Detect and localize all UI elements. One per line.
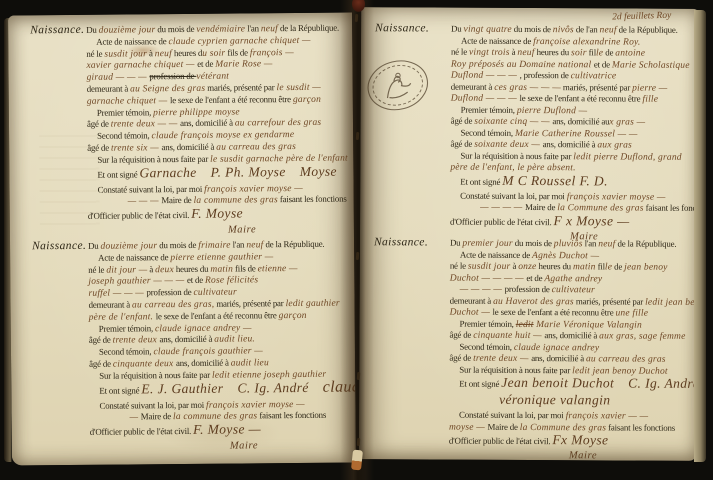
handwritten-entry: ledit pierre Duflond, grand [573, 152, 682, 163]
printed-form-text: d'Officier public de l'état civil. [449, 436, 553, 447]
printed-form-text: né le [88, 264, 106, 274]
printed-form-text: Sur la réquisition à nous faite par [99, 370, 212, 381]
record-line: né le susdit jour à onze heures du matin… [450, 259, 696, 272]
printed-form-text: de la République. [615, 238, 676, 248]
printed-form-text: âgé de [87, 143, 111, 153]
signature-title: Maire [228, 225, 256, 236]
printed-form-text: fils de [225, 47, 250, 57]
printed-form-text: Du [450, 238, 463, 248]
printed-form-text: Maire de [525, 202, 557, 212]
signature: F. Moyse — [193, 421, 261, 437]
record-line: d'Officier public de l'état civil. Fx Mo… [449, 431, 695, 449]
printed-form-text: de [612, 261, 624, 271]
printed-form-text: et de [197, 59, 215, 69]
printed-form-text: ans, domicilié à [544, 330, 599, 340]
printed-form-text: de la République. [617, 24, 678, 34]
printed-form-text: l'an [583, 238, 599, 248]
record-line: Et ont signé GarnacheP. Ph. MoyseMoyse [87, 162, 351, 182]
signature: claude françois gauthier [323, 377, 356, 395]
printed-form-text: l'an [245, 23, 261, 33]
printed-form-text: d'Officier public de l'état civil. [88, 210, 192, 221]
handwritten-entry: garçon [279, 311, 307, 321]
record-line: né le vingt trois à neuf heures du soir … [451, 45, 697, 58]
left-page: Naissance. Du douzième jour du mois de v… [8, 13, 356, 466]
printed-form-text: mariés, présenté par [205, 82, 276, 93]
printed-form-text: demeurant à [89, 299, 133, 309]
printed-form-text: Du [86, 25, 99, 35]
record-body: Du premier jour du mois de pluviôs l'an … [449, 236, 696, 461]
printed-form-text: âgé de [449, 353, 473, 363]
printed-form-text: ans, domicilié à [543, 139, 598, 149]
printed-form-text: âgé de [87, 119, 111, 129]
printed-form-text: le sexe de l'enfant a été reconnu être [519, 93, 642, 104]
printed-form-text: Acte de naissance de [96, 36, 168, 47]
handwritten-entry: garçon [293, 95, 321, 105]
printed-form-text: Du [451, 24, 464, 34]
printed-form-text: faisant les fonctions [278, 194, 347, 205]
signature: C. Ig. André [237, 379, 308, 395]
printed-form-text: de la République. [278, 23, 339, 34]
record-line: Acte de naissance de claude cyprien garn… [86, 32, 350, 46]
record-line: garnache chiquet — le sexe de l'enfant a… [87, 91, 351, 105]
printed-form-text: à [147, 264, 155, 274]
printed-form-text: âgé de [450, 139, 474, 149]
printed-form-text: né le [450, 261, 468, 271]
signature: Jean benoit Duchot [501, 375, 614, 391]
record-line: Et ont signé E. J. GauthierC. Ig. Andréc… [89, 378, 353, 398]
printed-form-text: Constaté suivant la loi, par moi [459, 410, 566, 421]
record-line: véronique valangin [449, 391, 695, 409]
signature: P. Ph. Moyse [211, 164, 286, 180]
record-line: d'Officier public de l'état civil. F. Mo… [90, 420, 354, 440]
printed-form-text: du mois de [155, 24, 196, 34]
record-line: âgé de cinquante huit — ans, domicilié à… [449, 328, 695, 341]
folio-annotation: 2d feuillets Roy [612, 11, 671, 23]
record-body: Du douzième jour du mois de frimaire l'a… [88, 237, 354, 452]
printed-form-text: le sexe de l'enfant a été reconnu être [493, 307, 616, 318]
signature: Garnache [139, 164, 196, 179]
printed-form-text: du mois de [157, 240, 198, 250]
printed-form-text: fil [587, 47, 596, 57]
record-line: demeurant à au carreau des gras, mariés,… [89, 295, 353, 309]
printed-form-text: fils de [233, 263, 258, 273]
oval-stamp-icon [365, 55, 431, 115]
printed-form-text: heures du [536, 261, 573, 271]
printed-form-text: Et ont signé [460, 176, 502, 186]
signature: F x Moyse — [554, 213, 630, 228]
handwritten-entry: neuf [598, 239, 615, 249]
signature: Fx Moyse [552, 432, 608, 447]
printed-form-text: de l'an [574, 24, 600, 34]
binding-thread-icon [351, 450, 363, 471]
printed-form-text: heures du [174, 263, 211, 273]
signature: E. J. Gauthier [141, 380, 223, 396]
record-line: — — — — profession de cultivateur [450, 282, 696, 295]
record-margin-label: Naissance. [30, 24, 84, 36]
printed-form-text: âgé de [89, 359, 113, 369]
printed-form-text: du mois de [513, 238, 554, 248]
printed-form-text: Maire de [141, 411, 173, 421]
printed-form-text: né le [451, 47, 469, 57]
printed-form-text: d'Officier public de l'état civil. [90, 426, 194, 437]
printed-form-text: Sur la réquisition à nous faite par [97, 154, 210, 165]
binding-stitch-icon [356, 132, 360, 140]
printed-form-text: , profession de [520, 70, 571, 80]
record-line: Maire [449, 448, 695, 461]
printed-form-text: Et ont signé [459, 379, 501, 389]
binding-stitch-icon [357, 438, 361, 446]
record-line: âgé de soixante cinq — — ans, domicilié … [451, 114, 697, 127]
signature: F. Moyse [191, 206, 243, 221]
birth-record-left-2: Naissance. Du douzième jour du mois de f… [10, 236, 354, 239]
printed-form-text: né le [86, 48, 104, 58]
printed-form-text: de [603, 47, 615, 57]
record-margin-label: Naissance. [374, 236, 428, 248]
right-page: 2d feuillets Roy Naissance. Du vingt qua… [359, 7, 699, 461]
binding-stitch-icon [357, 372, 361, 380]
printed-form-text: Et ont signé [97, 169, 139, 179]
printed-form-text: Du [88, 241, 101, 251]
printed-form-text: mariés, présenté par [214, 298, 285, 309]
record-line: Maire [88, 222, 352, 236]
record-line: Maire [90, 438, 354, 452]
handwritten-entry: etienne — [258, 264, 298, 274]
record-line: Constaté suivant la loi, par moi françoi… [449, 408, 695, 421]
printed-form-text: et de [187, 275, 205, 285]
record-margin-label: Naissance. [32, 240, 86, 252]
birth-record-left-1: Naissance. Du douzième jour du mois de v… [8, 21, 352, 24]
printed-form-text: Et ont signé [99, 385, 141, 395]
record-margin-label: Naissance. [375, 22, 429, 34]
printed-form-text: heures d [172, 47, 202, 57]
printed-form-text: Maire de [161, 195, 193, 205]
printed-form-text: l'an [231, 239, 247, 249]
signature: M C Roussel F. D. [502, 172, 608, 188]
handwritten-entry: ledit jean benoy [645, 297, 699, 307]
signature: C. Ig. André [628, 376, 699, 391]
handwritten-entry: aux gras, sage femme [599, 331, 685, 341]
record-line: Du douzième jour du mois de frimaire l'a… [88, 237, 352, 251]
signature-title: Maire [569, 450, 597, 461]
record-line: Et ont signé Jean benoit DuchotC. Ig. An… [449, 374, 695, 392]
printed-form-text-struck: profession de [149, 71, 196, 81]
binding-stitch-icon [355, 14, 359, 22]
register-book-photo: Naissance. Du douzième jour du mois de v… [0, 0, 713, 480]
printed-form-text: le sexe de l'enfant a été reconnu être [170, 94, 293, 105]
printed-form-text: faisant les fonctions [257, 410, 326, 421]
printed-form-text: ans, domicilié à [176, 358, 231, 368]
printed-form-text: profession de [505, 284, 552, 294]
signature: véronique valangin [499, 392, 610, 408]
signature: Moyse [300, 163, 337, 178]
printed-form-text: fil [596, 261, 605, 271]
record-line: âgé de trente deux — ans, domicilié à au… [449, 351, 695, 364]
record-line: Du vingt quatre du mois de nivôs de l'an… [451, 22, 697, 35]
printed-form-text: Acte de naissance de [98, 252, 170, 263]
record-body: Du douzième jour du mois de vendémiaire … [86, 21, 352, 236]
printed-form-text: de la République. [263, 239, 324, 250]
record-line: — — — — Maire de la Commune des gras fai… [450, 200, 696, 213]
record-line: âgé de soixante deux — ans, domicilié à … [450, 137, 696, 150]
printed-form-text: le sexe de l'enfant a été reconnu être [156, 310, 279, 321]
record-line: d'Officier public de l'état civil. F x M… [450, 211, 696, 229]
binding-stitch-icon [356, 252, 360, 260]
record-line: Et ont signé M C Roussel F. D. [450, 171, 696, 189]
printed-form-text: ans, domicilié à [531, 353, 586, 363]
printed-form-text: ans, domicilié à [161, 142, 216, 152]
printed-form-text: âgé de [449, 330, 473, 340]
printed-form-text: profession de [146, 287, 193, 297]
record-body: Du vingt quatre du mois de nivôs de l'an… [450, 22, 697, 241]
printed-form-text: heures du [535, 47, 572, 57]
handwritten-entry: fille [642, 95, 658, 105]
printed-form-text: ans, domicilié au [552, 116, 609, 126]
signature-title: Maire [230, 441, 258, 452]
printed-form-text: âgé de [89, 335, 113, 345]
printed-form-text: du mois de [512, 24, 553, 34]
printed-form-text: âgé de [451, 116, 475, 126]
printed-form-text: demeurant à [87, 83, 131, 93]
page-edge-right [694, 10, 706, 462]
handwritten-entry: Marie Scholastique [612, 60, 690, 70]
record-line: d'Officier public de l'état civil. F. Mo… [88, 204, 352, 224]
printed-form-text: d'Officier public de l'état civil. [450, 216, 554, 227]
record-line: Du premier jour du mois de pluviôs l'an … [450, 236, 696, 249]
printed-form-text: faisant les fonctions [644, 203, 700, 213]
handwritten-entry: jean benoy [624, 262, 667, 272]
